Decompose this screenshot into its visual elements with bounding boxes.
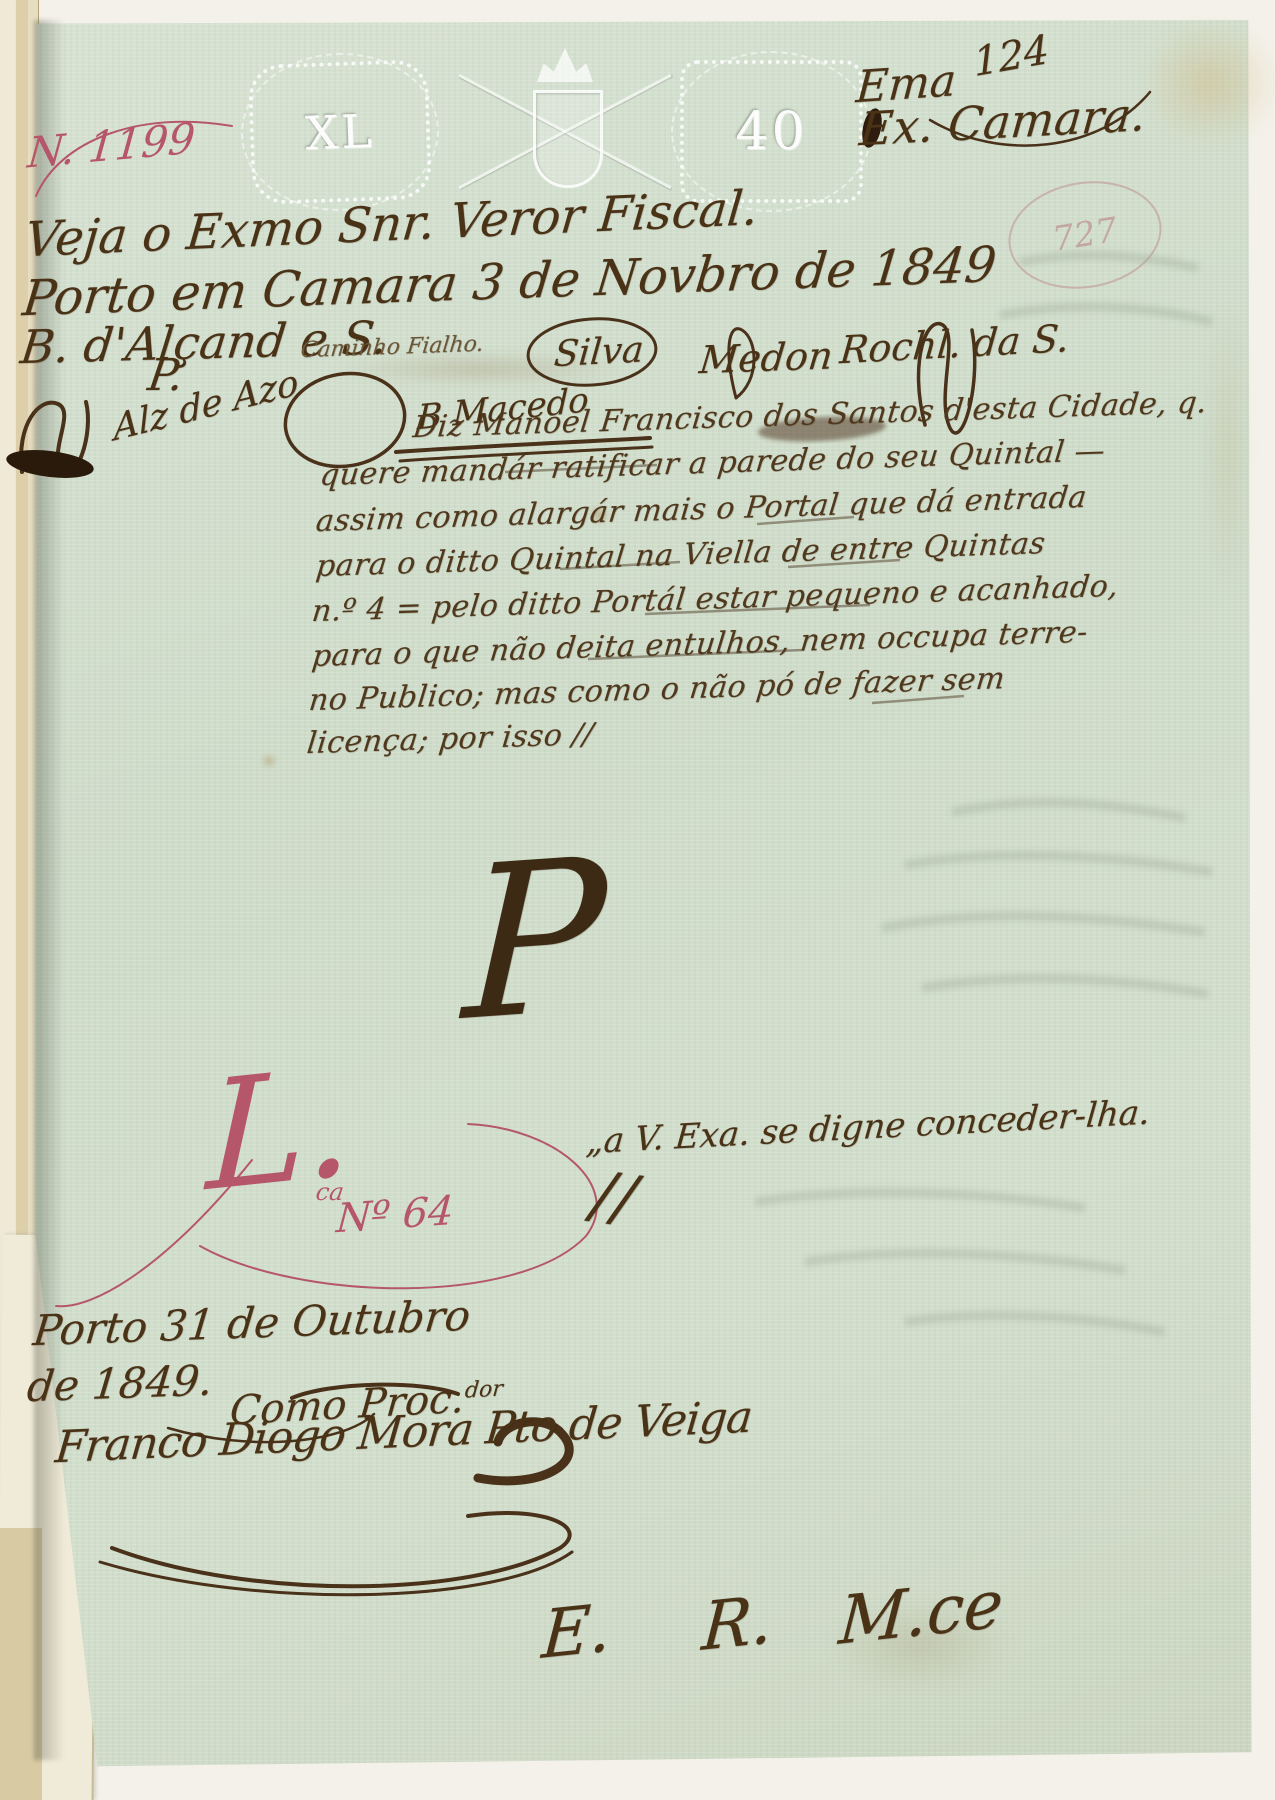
stamp-left-medallion: XL <box>248 59 433 205</box>
stamp-right-value: 40 <box>735 102 807 162</box>
scanned-manuscript: XL 40 727 <box>0 0 1275 1800</box>
crown-icon <box>537 48 593 82</box>
valediction-e: E. <box>540 1589 614 1674</box>
valediction-r: R. <box>700 1581 776 1666</box>
request-initial: P <box>461 830 609 1051</box>
shield-icon <box>533 90 603 188</box>
signature-silva: Silva <box>552 329 645 375</box>
license-number: Nº 64 <box>335 1188 455 1243</box>
stamp-left-value: XL <box>304 104 375 160</box>
signature-medon: Medon <box>697 333 835 382</box>
closing-role-sup: dor <box>464 1376 504 1403</box>
red-oval-number: 727 <box>1050 210 1120 260</box>
closing-date-line2: de 1849. <box>25 1356 215 1412</box>
